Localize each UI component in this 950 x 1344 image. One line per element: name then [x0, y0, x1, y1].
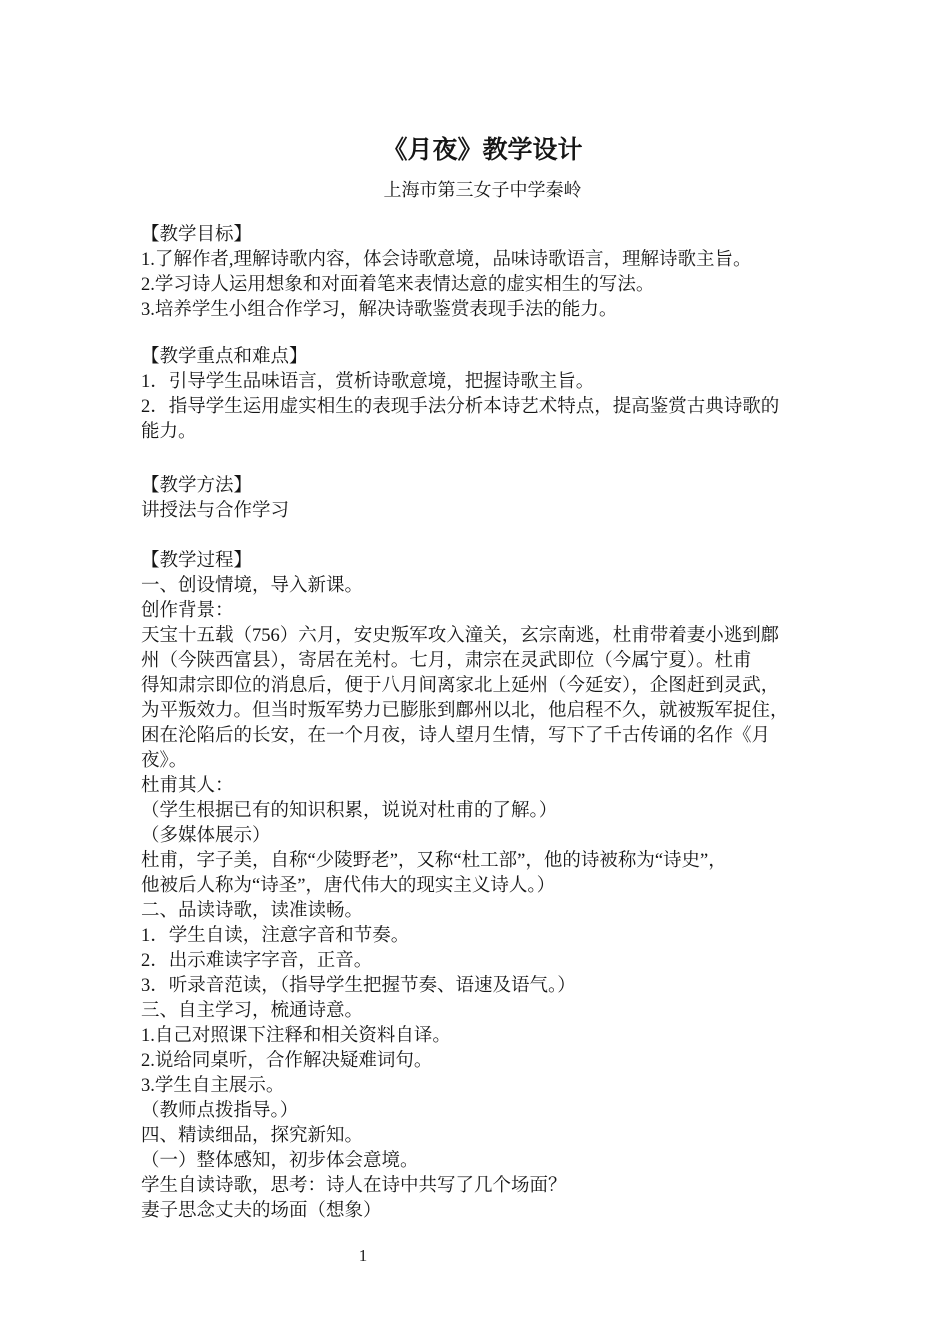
- section-heading: 【教学方法】: [141, 474, 824, 499]
- text-line: 3.学生自主展示。: [141, 1074, 824, 1099]
- text-line: 得知肃宗即位的消息后，便于八月间离家北上延州（今延安），企图赶到灵武，: [141, 674, 824, 699]
- text-line: （多媒体展示）: [141, 824, 824, 849]
- text-line: 1.自己对照课下注释和相关资料自译。: [141, 1024, 824, 1049]
- section-heading: 【教学目标】: [141, 223, 824, 248]
- section: 【教学目标】1.了解作者,理解诗歌内容，体会诗歌意境，品味诗歌语言，理解诗歌主旨…: [141, 223, 824, 323]
- text-line: （学生根据已有的知识积累，说说对杜甫的了解。）: [141, 799, 824, 824]
- text-line: 2.说给同桌听，合作解决疑难词句。: [141, 1049, 824, 1074]
- text-line: 一、创设情境，导入新课。: [141, 574, 824, 599]
- text-line: 三、自主学习，梳通诗意。: [141, 999, 824, 1024]
- text-line: 二、品读诗歌，读准读畅。: [141, 899, 824, 924]
- text-line: 州（今陕西富县），寄居在羌村。七月，肃宗在灵武即位（今属宁夏）。杜甫: [141, 649, 824, 674]
- text-line: 学生自读诗歌，思考：诗人在诗中共写了几个场面？: [141, 1174, 824, 1199]
- text-line: 能力。: [141, 420, 824, 445]
- text-line: 1．学生自读，注意字音和节奏。: [141, 924, 824, 949]
- text-line: 四、精读细品，探究新知。: [141, 1124, 824, 1149]
- text-line: 夜》。: [141, 749, 824, 774]
- text-line: 为平叛效力。但当时叛军势力已膨胀到鄜州以北，他启程不久，就被叛军捉住，: [141, 699, 824, 724]
- text-line: 2．指导学生运用虚实相生的表现手法分析本诗艺术特点，提高鉴赏古典诗歌的: [141, 395, 824, 420]
- section-heading: 【教学过程】: [141, 549, 824, 574]
- document-body: 《月夜》教学设计 上海市第三女子中学秦岭 【教学目标】1.了解作者,理解诗歌内容…: [141, 134, 824, 1224]
- text-line: （一）整体感知，初步体会意境。: [141, 1149, 824, 1174]
- section: 【教学方法】讲授法与合作学习: [141, 474, 824, 524]
- section: 【教学重点和难点】1．引导学生品味语言，赏析诗歌意境，把握诗歌主旨。2．指导学生…: [141, 345, 824, 445]
- page-number: 1: [340, 1246, 386, 1266]
- text-line: 1．引导学生品味语言，赏析诗歌意境，把握诗歌主旨。: [141, 370, 824, 395]
- sections-container: 【教学目标】1.了解作者,理解诗歌内容，体会诗歌意境，品味诗歌语言，理解诗歌主旨…: [141, 223, 824, 1224]
- doc-subtitle: 上海市第三女子中学秦岭: [141, 177, 824, 203]
- text-line: 天宝十五载（756）六月，安史叛军攻入潼关，玄宗南逃，杜甫带着妻小逃到鄜: [141, 624, 824, 649]
- text-line: 3.培养学生小组合作学习，解决诗歌鉴赏表现手法的能力。: [141, 298, 824, 323]
- text-line: 2．出示难读字字音，正音。: [141, 949, 824, 974]
- text-line: 2.学习诗人运用想象和对面着笔来表情达意的虚实相生的写法。: [141, 273, 824, 298]
- section-heading: 【教学重点和难点】: [141, 345, 824, 370]
- text-line: 1.了解作者,理解诗歌内容，体会诗歌意境，品味诗歌语言，理解诗歌主旨。: [141, 248, 824, 273]
- text-line: 讲授法与合作学习: [141, 499, 824, 524]
- text-line: 他被后人称为“诗圣”，唐代伟大的现实主义诗人。）: [141, 874, 824, 899]
- text-line: （教师点拨指导。）: [141, 1099, 824, 1124]
- text-line: 困在沦陷后的长安，在一个月夜，诗人望月生情，写下了千古传诵的名作《月: [141, 724, 824, 749]
- text-line: 3．听录音范读，（指导学生把握节奏、语速及语气。）: [141, 974, 824, 999]
- text-line: 创作背景：: [141, 599, 824, 624]
- section: 【教学过程】一、创设情境，导入新课。创作背景：天宝十五载（756）六月，安史叛军…: [141, 549, 824, 1224]
- text-line: 妻子思念丈夫的场面（想象）: [141, 1199, 824, 1224]
- document-page: 《月夜》教学设计 上海市第三女子中学秦岭 【教学目标】1.了解作者,理解诗歌内容…: [0, 0, 950, 1344]
- text-line: 杜甫其人：: [141, 774, 824, 799]
- doc-title: 《月夜》教学设计: [141, 134, 824, 167]
- text-line: 杜甫，字子美，自称“少陵野老”，又称“杜工部”，他的诗被称为“诗史”，: [141, 849, 824, 874]
